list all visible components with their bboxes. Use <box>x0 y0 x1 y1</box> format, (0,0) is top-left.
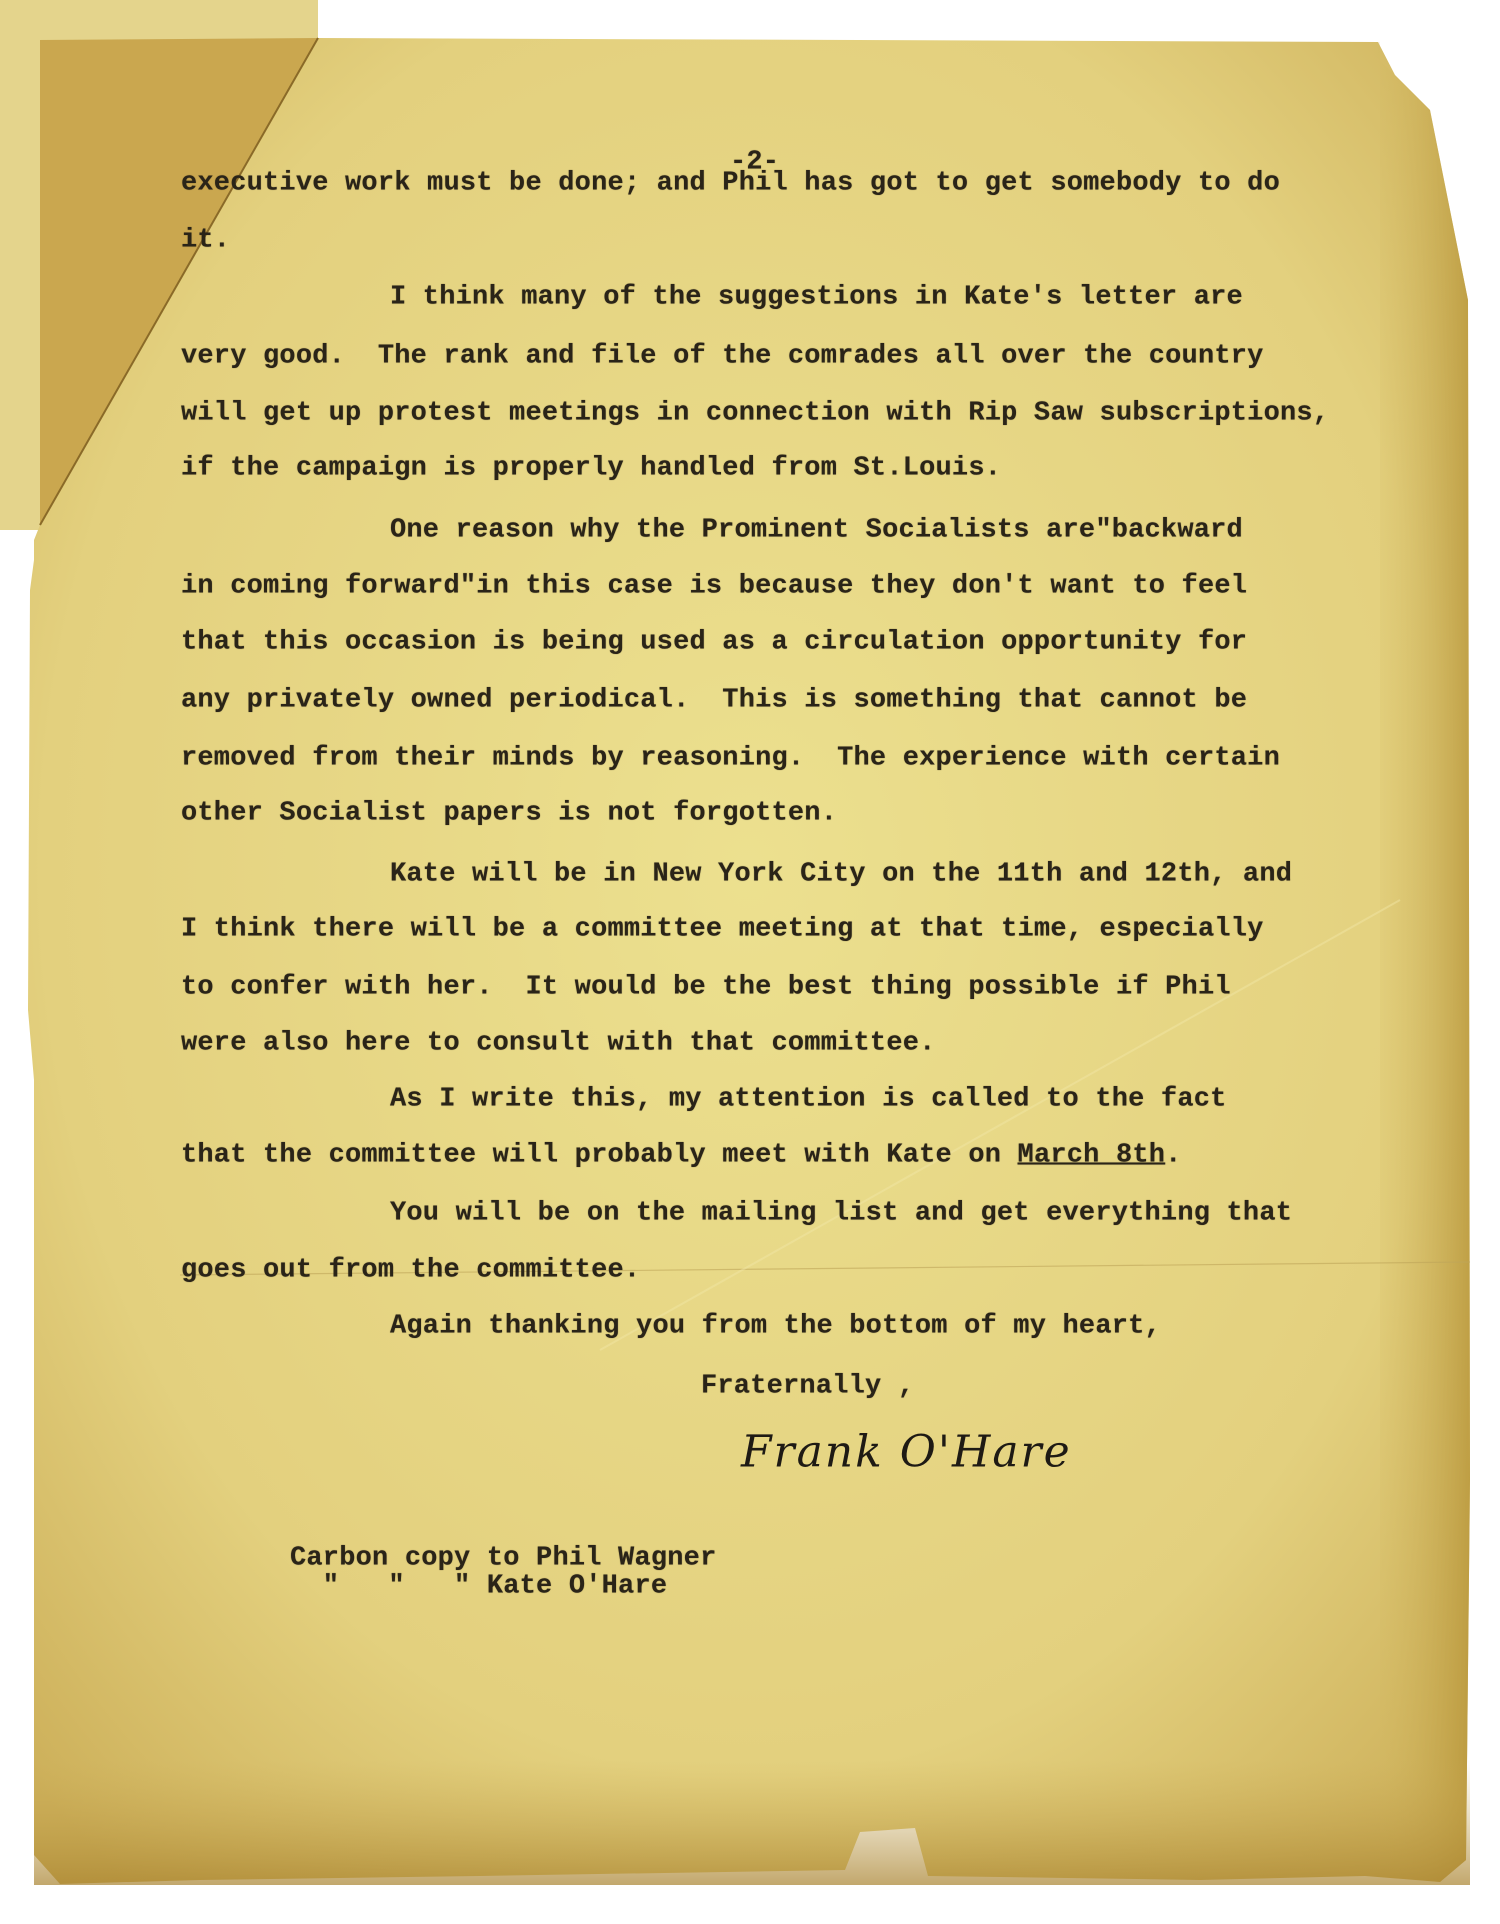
line-text: Again thanking you from the bottom of my… <box>390 1312 1161 1342</box>
letter-line: to confer with her. It would be the best… <box>181 975 1231 1002</box>
underlined-date: March 8th <box>1018 1141 1166 1171</box>
line-text: I think there will be a committee meetin… <box>181 915 1264 945</box>
letter-line: it. <box>181 228 230 255</box>
letter-line: You will be on the mailing list and get … <box>390 1201 1292 1228</box>
line-text: in coming forward"in this case is becaus… <box>181 572 1247 602</box>
letter-line: any privately owned periodical. This is … <box>181 688 1247 715</box>
closing-salutation: Fraternally , <box>701 1374 914 1401</box>
line-text: goes out from the committee. <box>181 1256 640 1286</box>
letter-line: if the campaign is properly handled from… <box>181 456 1001 483</box>
line-punctuation: . <box>1165 1141 1181 1171</box>
handwritten-signature: Frank O'Hare <box>741 1427 1072 1478</box>
letter-line: removed from their minds by reasoning. T… <box>181 746 1280 773</box>
line-text: very good. The rank and file of the comr… <box>181 342 1264 372</box>
line-text: were also here to consult with that comm… <box>181 1029 936 1059</box>
carbon-copy-line-2: " " " Kate O'Hare <box>290 1574 667 1601</box>
letter-line: Again thanking you from the bottom of my… <box>390 1314 1161 1341</box>
line-text: if the campaign is properly handled from… <box>181 454 1001 484</box>
line-text: One reason why the Prominent Socialists … <box>390 516 1243 546</box>
line-text: it. <box>181 226 230 256</box>
line-text: executive work must be done; and Phil ha… <box>181 169 1280 199</box>
line-text: to confer with her. It would be the best… <box>181 973 1231 1003</box>
line-text: that the committee will probably meet wi… <box>181 1141 1018 1171</box>
line-text: any privately owned periodical. This is … <box>181 686 1247 716</box>
letter-line: that this occasion is being used as a ci… <box>181 630 1247 657</box>
line-text: As I write this, my attention is called … <box>390 1085 1227 1115</box>
line-text: Kate will be in New York City on the 11t… <box>390 860 1292 890</box>
letter-line: that the committee will probably meet wi… <box>181 1143 1182 1170</box>
line-text: other Socialist papers is not forgotten. <box>181 799 837 829</box>
carbon-copy-line-1: Carbon copy to Phil Wagner <box>290 1546 716 1573</box>
letter-line: were also here to consult with that comm… <box>181 1031 936 1058</box>
letter-line: will get up protest meetings in connecti… <box>181 401 1329 428</box>
letter-line: very good. The rank and file of the comr… <box>181 344 1264 371</box>
line-text: You will be on the mailing list and get … <box>390 1199 1292 1229</box>
letter-line: I think there will be a committee meetin… <box>181 917 1264 944</box>
line-text: removed from their minds by reasoning. T… <box>181 744 1280 774</box>
letter-line: As I write this, my attention is called … <box>390 1087 1227 1114</box>
line-text: I think many of the suggestions in Kate'… <box>390 283 1243 313</box>
letter-line: executive work must be done; and Phil ha… <box>181 171 1280 198</box>
line-text: will get up protest meetings in connecti… <box>181 399 1329 429</box>
letter-line: Kate will be in New York City on the 11t… <box>390 862 1292 889</box>
letter-line: One reason why the Prominent Socialists … <box>390 518 1243 545</box>
letter-line: other Socialist papers is not forgotten. <box>181 801 837 828</box>
line-text: that this occasion is being used as a ci… <box>181 628 1247 658</box>
letter-line: in coming forward"in this case is becaus… <box>181 574 1247 601</box>
letter-line: goes out from the committee. <box>181 1258 640 1285</box>
letter-line: I think many of the suggestions in Kate'… <box>390 285 1243 312</box>
